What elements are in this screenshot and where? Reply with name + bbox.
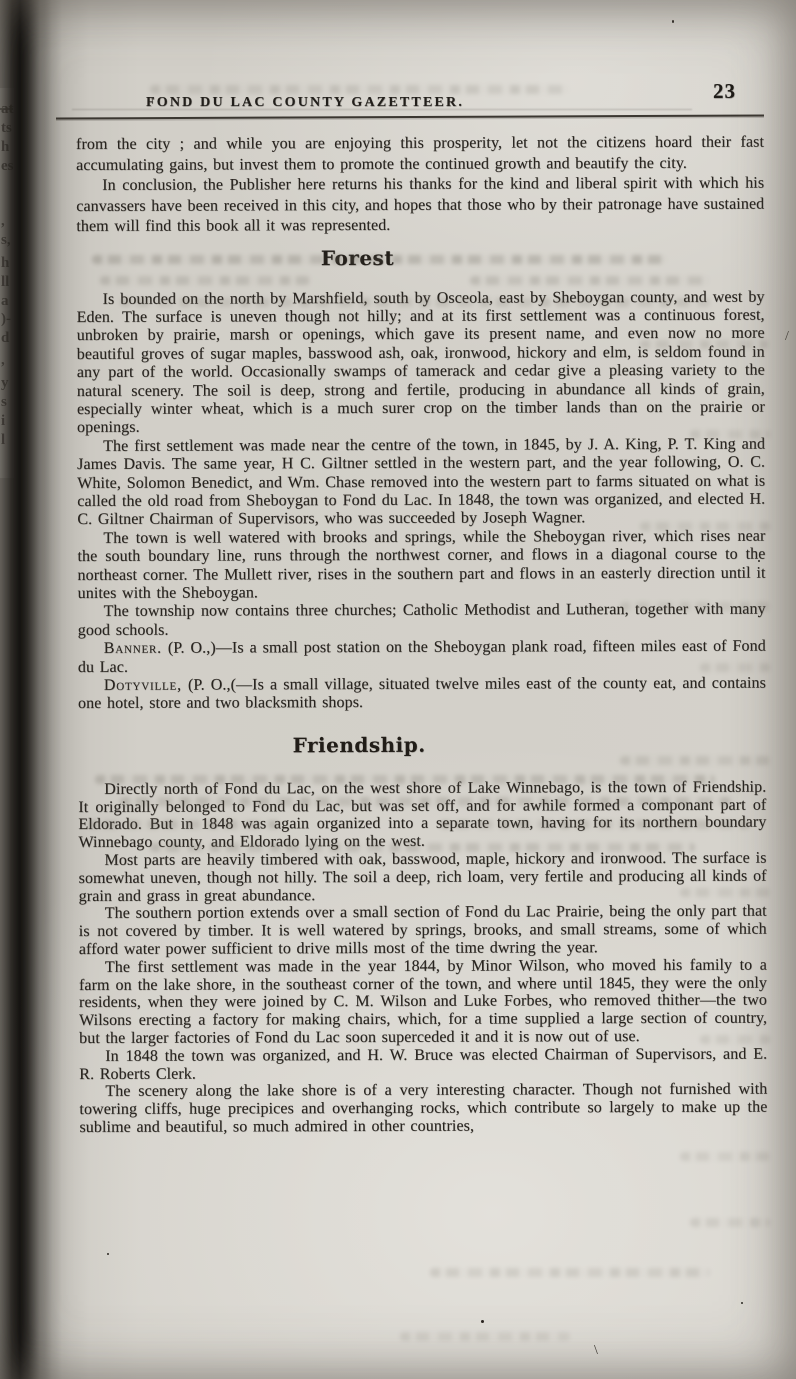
header-rule [56, 114, 764, 119]
page-number: 23 [713, 79, 736, 104]
entry-text-dotyville: (P. O.,(—Is a small village, situated tw… [78, 675, 766, 713]
intro-paragraph-2: In conclusion, the Publisher here return… [76, 174, 764, 238]
gazetteer-entry-banner: Banner. (P. O.,)—Is a small post station… [78, 638, 766, 677]
margin-fragment: i [1, 414, 5, 429]
friendship-paragraph-5: In 1848 the town was organized, and H. W… [79, 1045, 767, 1083]
margin-fragment: at [1, 102, 14, 117]
margin-fragment: , [1, 353, 5, 368]
forest-paragraph-1: Is bounded on the north by Marshfield, s… [77, 288, 766, 438]
entry-text-banner: (P. O.,)—Is a small post station on the … [78, 638, 766, 676]
scan-mark: / [785, 330, 789, 344]
facing-page-edge: attshes,s,hlla)-d,ysil [0, 88, 14, 478]
margin-fragment: y [1, 376, 9, 391]
friendship-paragraph-4: The first settlement was made in the yea… [79, 956, 767, 1047]
margin-fragment: d [1, 331, 9, 346]
section-heading-friendship: Friendship. [78, 732, 640, 758]
scan-mark: ' [151, 97, 154, 111]
forest-section: Forest Is bounded on the north by Marshf… [76, 244, 766, 714]
scan-mark: \ [594, 1344, 598, 1358]
friendship-paragraph-2: Most parts are heavily timbered with oak… [79, 850, 767, 906]
margin-fragment: s, [1, 233, 11, 248]
intro-paragraph-1: from the city ; and while you are enjoyi… [76, 133, 764, 176]
entry-name-banner: Banner. [104, 640, 162, 657]
margin-fragment: ts [1, 121, 12, 136]
friendship-paragraph-6: The scenery along the lake shore is of a… [79, 1081, 767, 1137]
margin-fragment: h [1, 256, 9, 271]
header-rule-echo [72, 109, 692, 110]
scanned-page: attshes,s,hlla)-d,ysil FOND DU LAC COUNT… [0, 0, 796, 1379]
friendship-section: Friendship. Directly north of Fond du La… [78, 731, 767, 1136]
margin-fragment: es [1, 159, 14, 174]
entry-name-dotyville: Dotyville, [104, 677, 182, 694]
intro-section: from the city ; and while you are enjoyi… [76, 133, 764, 238]
margin-fragment: , [1, 214, 5, 229]
forest-paragraph-2: The first settlement was made near the c… [77, 435, 765, 529]
forest-paragraph-3: The town is well watered with brooks and… [77, 527, 765, 603]
margin-fragment: ll [1, 275, 9, 290]
gazetteer-entry-dotyville: Dotyville, (P. O.,(—Is a small village, … [78, 675, 766, 714]
margin-fragment: s [1, 395, 7, 410]
friendship-paragraph-1: Directly north of Fond du Lac, on the we… [78, 778, 766, 852]
friendship-paragraph-3: The southern portion extends over a smal… [79, 903, 767, 959]
margin-fragment: l [1, 433, 5, 448]
margin-fragment: a [1, 294, 9, 309]
margin-fragment: h [1, 140, 9, 155]
margin-fragment: )- [1, 312, 11, 327]
